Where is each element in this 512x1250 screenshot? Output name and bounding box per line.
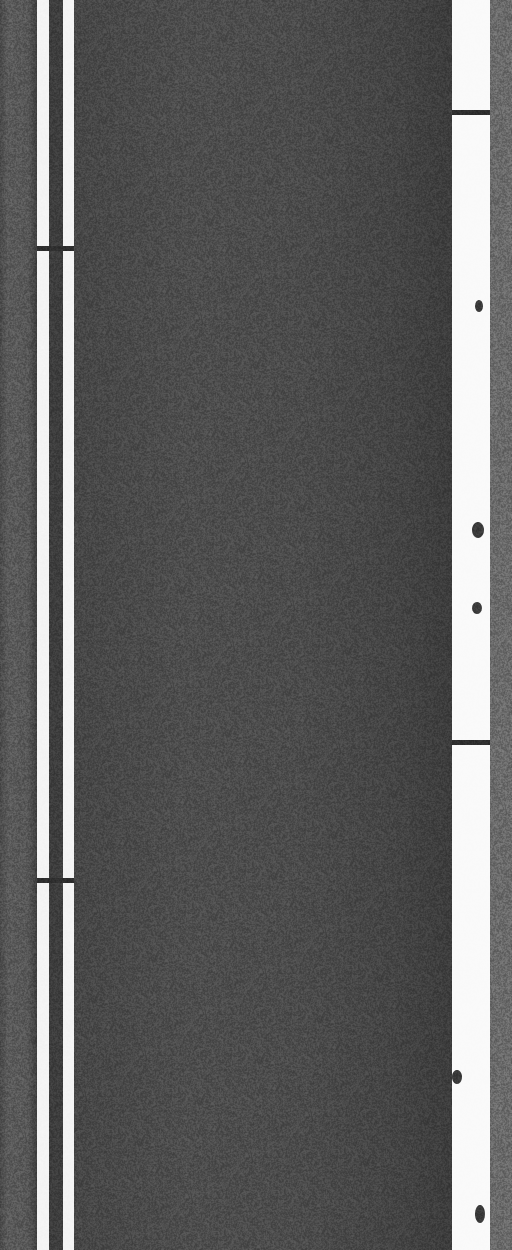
paint-chip bbox=[452, 1070, 462, 1084]
left-shoulder bbox=[0, 0, 37, 1250]
paint-chip bbox=[472, 522, 484, 538]
right-shoulder bbox=[490, 0, 512, 1250]
lane-line-gap bbox=[49, 0, 63, 1250]
pavement-joint bbox=[452, 110, 490, 115]
paint-chip bbox=[475, 300, 483, 312]
right-edge-line bbox=[452, 0, 490, 1250]
left-lane-line-outer bbox=[37, 0, 49, 1250]
road-surface bbox=[0, 0, 512, 1250]
paint-chip bbox=[475, 1205, 485, 1223]
asphalt-lane bbox=[74, 0, 452, 1250]
paint-chip bbox=[472, 602, 482, 614]
pavement-joint bbox=[452, 740, 490, 745]
pavement-joint bbox=[37, 246, 74, 251]
pavement-joint bbox=[37, 878, 74, 883]
left-lane-line-inner bbox=[63, 0, 74, 1250]
